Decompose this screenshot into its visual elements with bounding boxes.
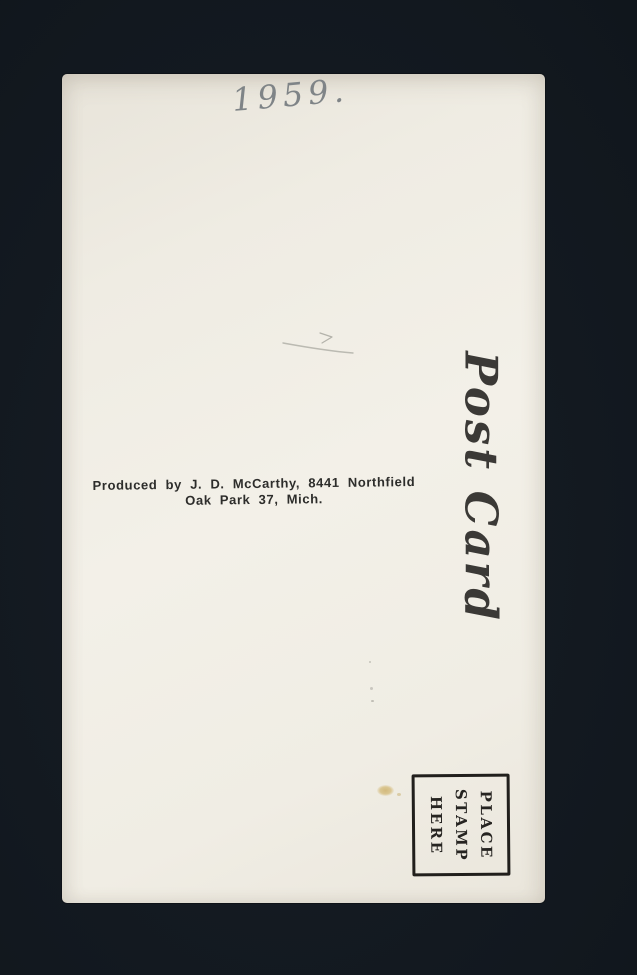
handwritten-year: 1959. (231, 71, 350, 119)
dust-speck (369, 661, 371, 663)
postcard-back: 1959. Post Card Produced by J. D. McCart… (62, 74, 545, 903)
dust-speck (370, 687, 373, 690)
stamp-box: PLACE STAMP HERE (412, 774, 511, 877)
producer-credit: Produced by J. D. McCarthy, 8441 Northfi… (86, 474, 422, 510)
stamp-box-line-3: HERE (423, 789, 449, 862)
stamp-box-line-1: PLACE (473, 788, 499, 861)
stamp-box-text: PLACE STAMP HERE (423, 788, 499, 862)
stain-spot (377, 785, 394, 796)
photo-background: 1959. Post Card Produced by J. D. McCart… (0, 0, 637, 975)
postcard-script-title: Post Card (455, 351, 508, 623)
stamp-box-line-2: STAMP (448, 788, 474, 861)
pencil-scratch-mark (270, 310, 370, 370)
stain-speck (397, 793, 401, 796)
dust-speck (371, 700, 374, 702)
